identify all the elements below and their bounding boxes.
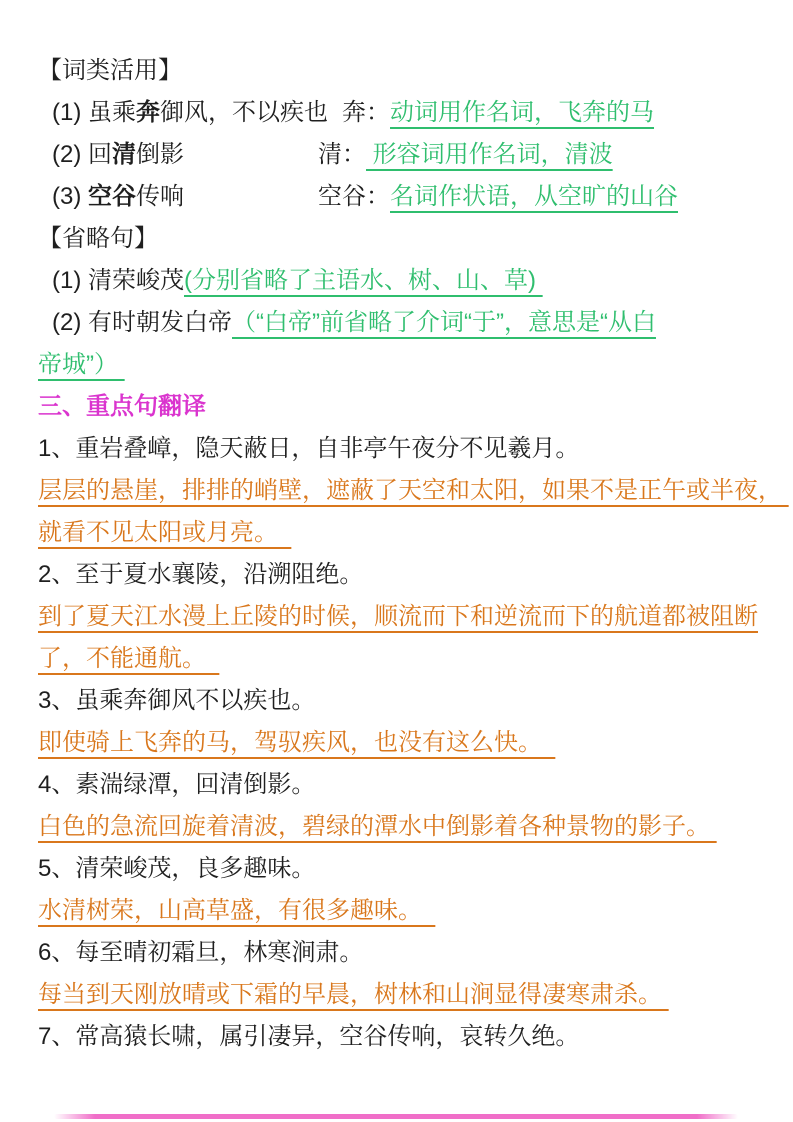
ellipsis-item-2: (2) 有时朝发白帝 （“白帝”前省略了介词“于”，意思是“从白: [38, 298, 793, 340]
translation-text-5: 水清树荣，山高草盛，有很多趣味。: [38, 886, 793, 928]
ellipsis-note: (分别省略了主语水、树、山、草): [184, 260, 543, 295]
phrase-post: 御风，不以疾也: [160, 99, 328, 126]
item-number: (1): [52, 99, 81, 126]
translation-source-1: 1、重岩叠嶂，隐天蔽日，自非亭午夜分不见羲月。: [38, 424, 793, 466]
translation-sentence: 了，不能通航。: [38, 638, 219, 673]
phrase-bold-word: 清: [112, 141, 136, 168]
translation-text-6: 每当到天刚放晴或下霜的早晨，树林和山涧显得凄寒肃杀。: [38, 970, 793, 1012]
ellipsis-item-2-continuation: 帝城”）: [38, 340, 793, 382]
translation-text-3: 即使骑上飞奔的马，驾驭疾风，也没有这么快。: [38, 718, 793, 760]
source-sentence: 6、每至晴初霜旦，林寒涧肃。: [38, 932, 363, 967]
phrase-bold-word: 空谷: [88, 183, 136, 210]
translation-sentence: 层层的悬崖，排排的峭壁，遮蔽了天空和太阳，如果不是正午或半夜，: [38, 470, 789, 505]
translation-text-2b: 了，不能通航。: [38, 634, 793, 676]
translation-sentence: 水清树荣，山高草盛，有很多趣味。: [38, 890, 435, 925]
word-class-phrase: (2) 回清倒影: [52, 134, 304, 169]
study-notes-page: 【词类活用】 (1) 虽乘奔御风，不以疾也 奔： 动词用作名词，飞奔的马 (2)…: [0, 0, 793, 1054]
word-class-section-title: 【词类活用】: [38, 46, 793, 88]
source-sentence: 5、清荣峻茂，良多趣味。: [38, 848, 315, 883]
phrase-bold-word: 奔: [136, 99, 160, 126]
word-class-item-3: (3) 空谷传响 空谷： 名词作状语，从空旷的山谷: [38, 172, 793, 214]
translation-sentence: 每当到天刚放晴或下霜的早晨，树林和山涧显得凄寒肃杀。: [38, 974, 669, 1009]
ellipsis-phrase: (2) 有时朝发白帝: [52, 302, 232, 337]
translation-section-title: 三、重点句翻译: [38, 382, 793, 424]
source-sentence: 7、常高猿长啸，属引凄异，空谷传响，哀转久绝。: [38, 1016, 579, 1051]
item-number: (3): [52, 183, 81, 210]
ellipsis-phrase: (1) 清荣峻茂: [52, 260, 184, 295]
translation-text-2a: 到了夏天江水漫上丘陵的时候，顺流而下和逆流而下的航道都被阻断: [38, 592, 793, 634]
translation-source-2: 2、至于夏水襄陵，沿溯阻绝。: [38, 550, 793, 592]
phrase-post: 传响: [136, 183, 184, 210]
ellipsis-item-1: (1) 清荣峻茂 (分别省略了主语水、树、山、草): [38, 256, 793, 298]
ellipsis-section-title: 【省略句】: [38, 214, 793, 256]
translation-text-1a: 层层的悬崖，排排的峭壁，遮蔽了天空和太阳，如果不是正午或半夜，: [38, 466, 793, 508]
phrase-post: 倒影: [136, 141, 184, 168]
translation-source-4: 4、素湍绿潭，回清倒影。: [38, 760, 793, 802]
item-number: (2): [52, 141, 81, 168]
translation-sentence: 到了夏天江水漫上丘陵的时候，顺流而下和逆流而下的航道都被阻断: [38, 596, 758, 631]
section-title-text: 【词类活用】: [38, 50, 182, 85]
translation-text-1b: 就看不见太阳或月亮。: [38, 508, 793, 550]
source-sentence: 4、素湍绿潭，回清倒影。: [38, 764, 315, 799]
source-sentence: 1、重岩叠嶂，隐天蔽日，自非亭午夜分不见羲月。: [38, 428, 579, 463]
source-sentence: 2、至于夏水襄陵，沿溯阻绝。: [38, 554, 363, 589]
word-class-phrase: (1) 虽乘奔御风，不以疾也: [52, 92, 328, 127]
word-class-item-2: (2) 回清倒影 清： 形容词用作名词，清波: [38, 130, 793, 172]
translation-sentence: 即使骑上飞奔的马，驾驭疾风，也没有这么快。: [38, 722, 555, 757]
word-class-phrase: (3) 空谷传响: [52, 176, 304, 211]
source-sentence: 3、虽乘奔御风不以疾也。: [38, 680, 315, 715]
word-definition: 名词作状语，从空旷的山谷: [390, 176, 678, 211]
translation-source-7: 7、常高猿长啸，属引凄异，空谷传响，哀转久绝。: [38, 1012, 793, 1054]
phrase-pre: 虽乘: [88, 99, 136, 126]
translation-source-5: 5、清荣峻茂，良多趣味。: [38, 844, 793, 886]
ellipsis-note-continued: 帝城”）: [38, 344, 125, 379]
footer-accent-bar: [54, 1114, 738, 1119]
word-label: 奔：: [342, 92, 390, 127]
word-definition: 形容词用作名词，清波: [366, 134, 613, 169]
section-title-text: 【省略句】: [38, 218, 158, 253]
translation-source-3: 3、虽乘奔御风不以疾也。: [38, 676, 793, 718]
phrase-pre: 回: [88, 141, 112, 168]
translation-sentence: 白色的急流回旋着清波，碧绿的潭水中倒影着各种景物的影子。: [38, 806, 717, 841]
word-label: 空谷：: [318, 176, 390, 211]
word-label: 清：: [318, 134, 366, 169]
translation-sentence: 就看不见太阳或月亮。: [38, 512, 291, 547]
section-title-text: 三、重点句翻译: [38, 386, 206, 421]
translation-source-6: 6、每至晴初霜旦，林寒涧肃。: [38, 928, 793, 970]
translation-text-4: 白色的急流回旋着清波，碧绿的潭水中倒影着各种景物的影子。: [38, 802, 793, 844]
ellipsis-note: （“白帝”前省略了介词“于”，意思是“从白: [232, 302, 656, 337]
word-class-item-1: (1) 虽乘奔御风，不以疾也 奔： 动词用作名词，飞奔的马: [38, 88, 793, 130]
word-definition: 动词用作名词，飞奔的马: [390, 92, 654, 127]
